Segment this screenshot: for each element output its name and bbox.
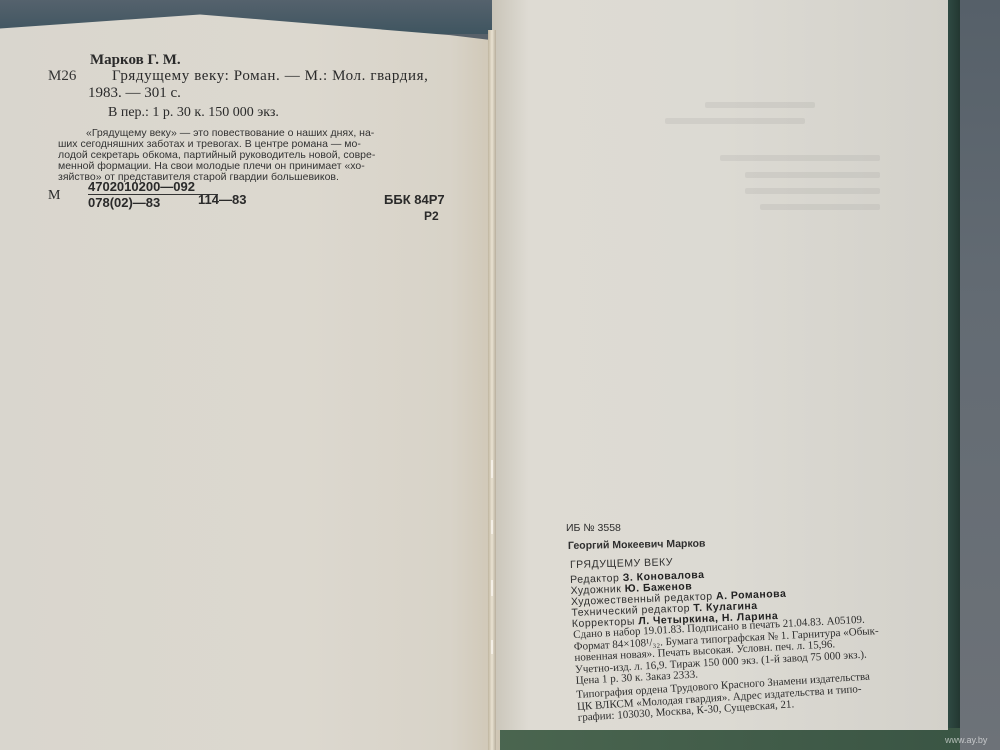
author-name: Марков Г. М. — [90, 52, 181, 69]
book-cover-bottom-edge — [480, 728, 960, 750]
show-through-text — [760, 204, 880, 210]
isbn-suffix: 114—83 — [198, 192, 246, 207]
author-full-name: Георгий Мокеевич Марков — [568, 538, 706, 552]
show-through-text — [665, 118, 805, 124]
isbn-numerator: 4702010200—092 — [88, 179, 195, 194]
price-print-run: В пер.: 1 р. 30 к. 150 000 экз. — [108, 105, 279, 121]
binding-stitch — [491, 640, 493, 654]
bbk-code: ББК 84Р7 — [384, 192, 445, 207]
catalog-code: М26 — [48, 68, 76, 85]
site-watermark: www.ay.by — [945, 735, 987, 745]
binding-stitch — [491, 460, 493, 478]
show-through-text — [720, 155, 880, 161]
binding-stitch — [491, 520, 493, 534]
show-through-text — [745, 188, 880, 194]
bibliographic-title: Грядущему веку: Роман. — М.: Мол. гварди… — [112, 68, 428, 85]
imprint-year-pages: 1983. — 301 с. — [88, 85, 181, 102]
isbn-prefix: М — [48, 188, 60, 204]
ib-number: ИБ № 3558 — [566, 522, 621, 534]
show-through-text — [705, 102, 815, 108]
bbk-subcode: Р2 — [424, 209, 439, 223]
binding-stitch — [491, 580, 493, 596]
show-through-text — [745, 172, 880, 178]
left-page — [0, 10, 500, 750]
book-cover-right-edge — [948, 0, 960, 750]
